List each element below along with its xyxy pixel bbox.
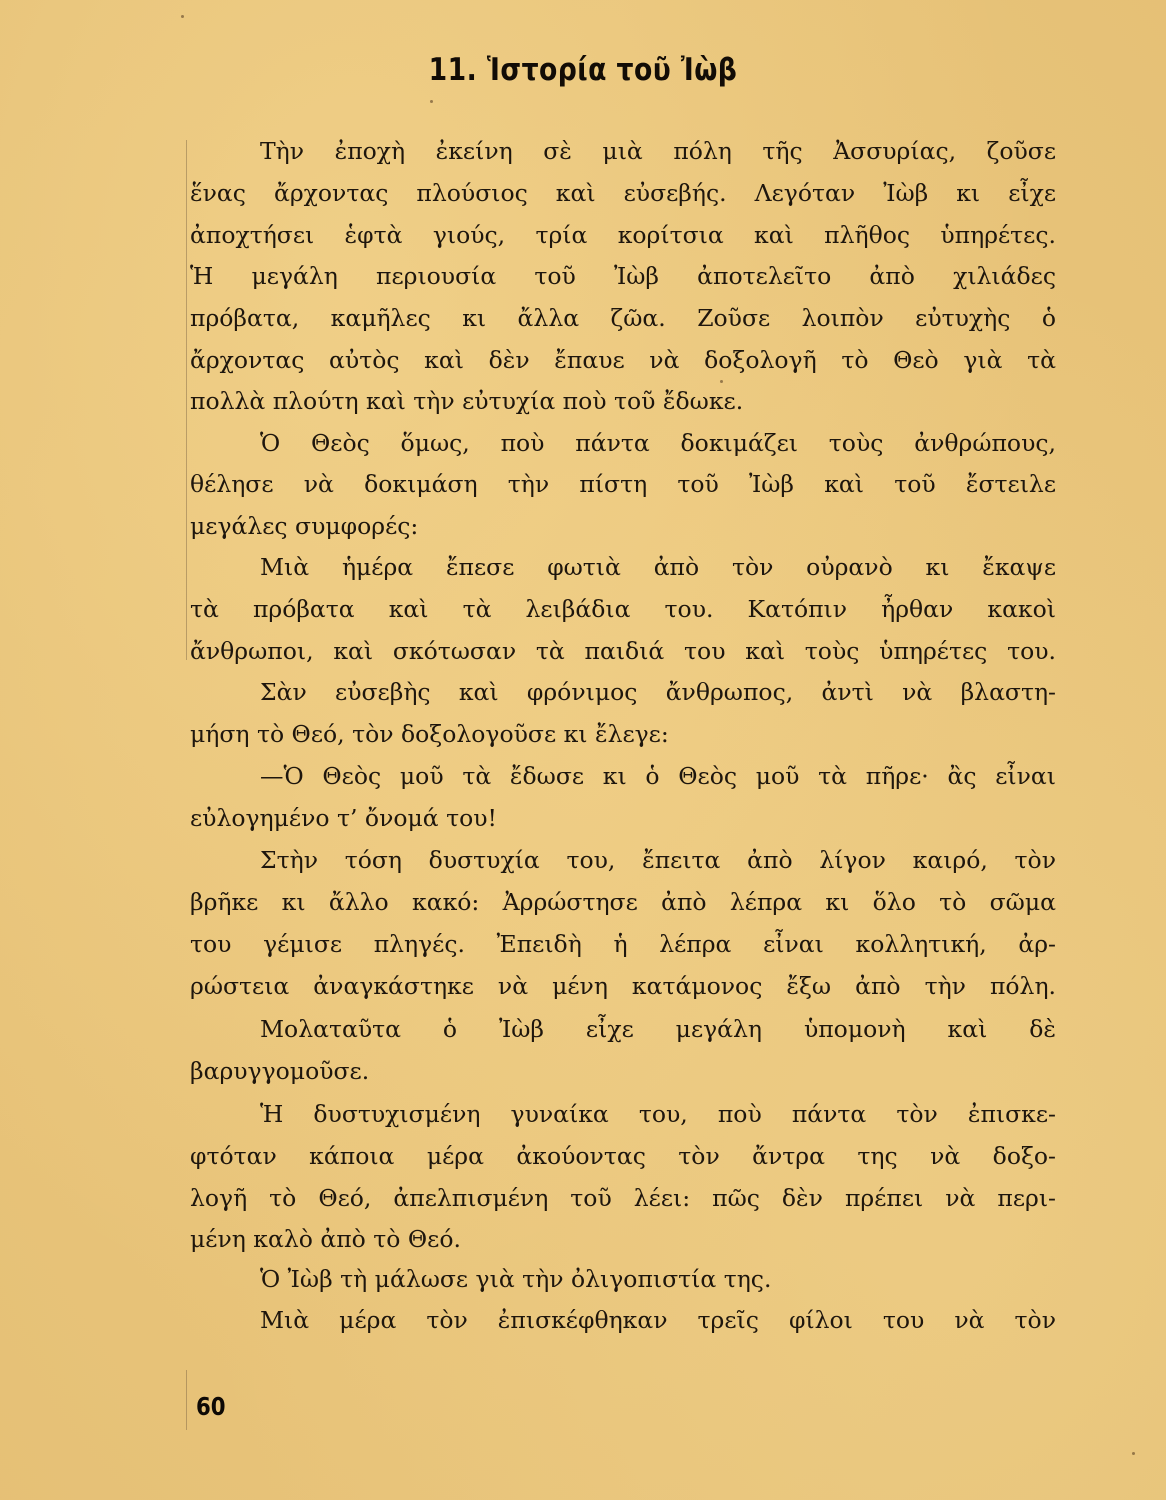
paper-speck: [1132, 1452, 1135, 1455]
text-line: Στὴν τόση δυστυχία του, ἔπειτα ἀπὸ λίγον…: [260, 845, 1056, 875]
text-line: μένη καλὸ ἀπὸ τὸ Θεό.: [190, 1224, 1056, 1254]
text-line: θέλησε νὰ δοκιμάση τὴν πίστη τοῦ Ἰὼβ καὶ…: [190, 469, 1056, 499]
text-line: μεγάλες συμφορές:: [190, 511, 1056, 541]
text-line: Ὁ Ἰὼβ τὴ μάλωσε γιὰ τὴν ὀλιγοπιστία της.: [260, 1264, 1056, 1294]
margin-rule: [186, 1370, 187, 1430]
paper-speck: [720, 380, 723, 383]
text-line: ἕνας ἄρχοντας πλούσιος καὶ εὐσεβής. Λεγό…: [190, 178, 1056, 208]
text-line: βαρυγγομοῦσε.: [190, 1056, 1056, 1086]
text-line: ἄνθρωποι, καὶ σκότωσαν τὰ παιδιά του καὶ…: [190, 636, 1056, 666]
paper-speck: [181, 15, 184, 18]
margin-rule: [186, 140, 187, 660]
text-line: Ὁ Θεὸς ὅμως, ποὺ πάντα δοκιμάζει τοὺς ἀν…: [260, 428, 1056, 458]
text-line: Ἡ μεγάλη περιουσία τοῦ Ἰὼβ ἀποτελεῖτο ἀπ…: [190, 261, 1056, 291]
text-line: Μολαταῦτα ὁ Ἰὼβ εἶχε μεγάλη ὑπομονὴ καὶ …: [260, 1014, 1056, 1044]
page-number: 60: [196, 1392, 226, 1421]
text-line: ρώστεια ἀναγκάστηκε νὰ μένη κατάμονος ἔξ…: [190, 971, 1056, 1001]
text-line: εὐλογημένο τ’ ὄνομά του!: [190, 803, 1056, 833]
text-line: βρῆκε κι ἄλλο κακό: Ἀρρώστησε ἀπὸ λέπρα …: [190, 887, 1056, 917]
text-line: του γέμισε πληγές. Ἐπειδὴ ἡ λέπρα εἶναι …: [190, 929, 1056, 959]
text-line: πρόβατα, καμῆλες κι ἄλλα ζῶα. Ζοῦσε λοιπ…: [190, 303, 1056, 333]
chapter-title: 11. Ἱστορία τοῦ Ἰὼβ: [82, 52, 1085, 88]
text-line: Σὰν εὐσεβὴς καὶ φρόνιμος ἄνθρωπος, ἀντὶ …: [260, 677, 1056, 707]
text-line: ἄρχοντας αὐτὸς καὶ δὲν ἔπαυε νὰ δοξολογῆ…: [190, 345, 1056, 375]
text-line: λογῆ τὸ Θεό, ἀπελπισμένη τοῦ λέει: πῶς δ…: [190, 1183, 1056, 1213]
text-line: Τὴν ἐποχὴ ἐκείνη σὲ μιὰ πόλη τῆς Ἀσσυρία…: [260, 136, 1056, 166]
paper-speck: [430, 100, 433, 103]
text-line: πολλὰ πλούτη καὶ τὴν εὐτυχία ποὺ τοῦ ἔδω…: [190, 386, 1056, 416]
text-line: μήση τὸ Θεό, τὸν δοξολογοῦσε κι ἔλεγε:: [190, 719, 1056, 749]
text-line: Μιὰ μέρα τὸν ἐπισκέφθηκαν τρεῖς φίλοι το…: [260, 1305, 1056, 1335]
text-line: ἀποχτήσει ἑφτὰ γιούς, τρία κορίτσια καὶ …: [190, 220, 1056, 250]
text-line: Μιὰ ἡμέρα ἔπεσε φωτιὰ ἀπὸ τὸν οὐρανὸ κι …: [260, 552, 1056, 582]
text-line: —Ὁ Θεὸς μοῦ τὰ ἔδωσε κι ὁ Θεὸς μοῦ τὰ πῆ…: [260, 761, 1056, 791]
text-line: τὰ πρόβατα καὶ τὰ λειβάδια του. Κατόπιν …: [190, 594, 1056, 624]
text-line: Ἡ δυστυχισμένη γυναίκα του, ποὺ πάντα τὸ…: [260, 1099, 1056, 1129]
text-line: φτόταν κάποια μέρα ἀκούοντας τὸν ἄντρα τ…: [190, 1141, 1056, 1171]
